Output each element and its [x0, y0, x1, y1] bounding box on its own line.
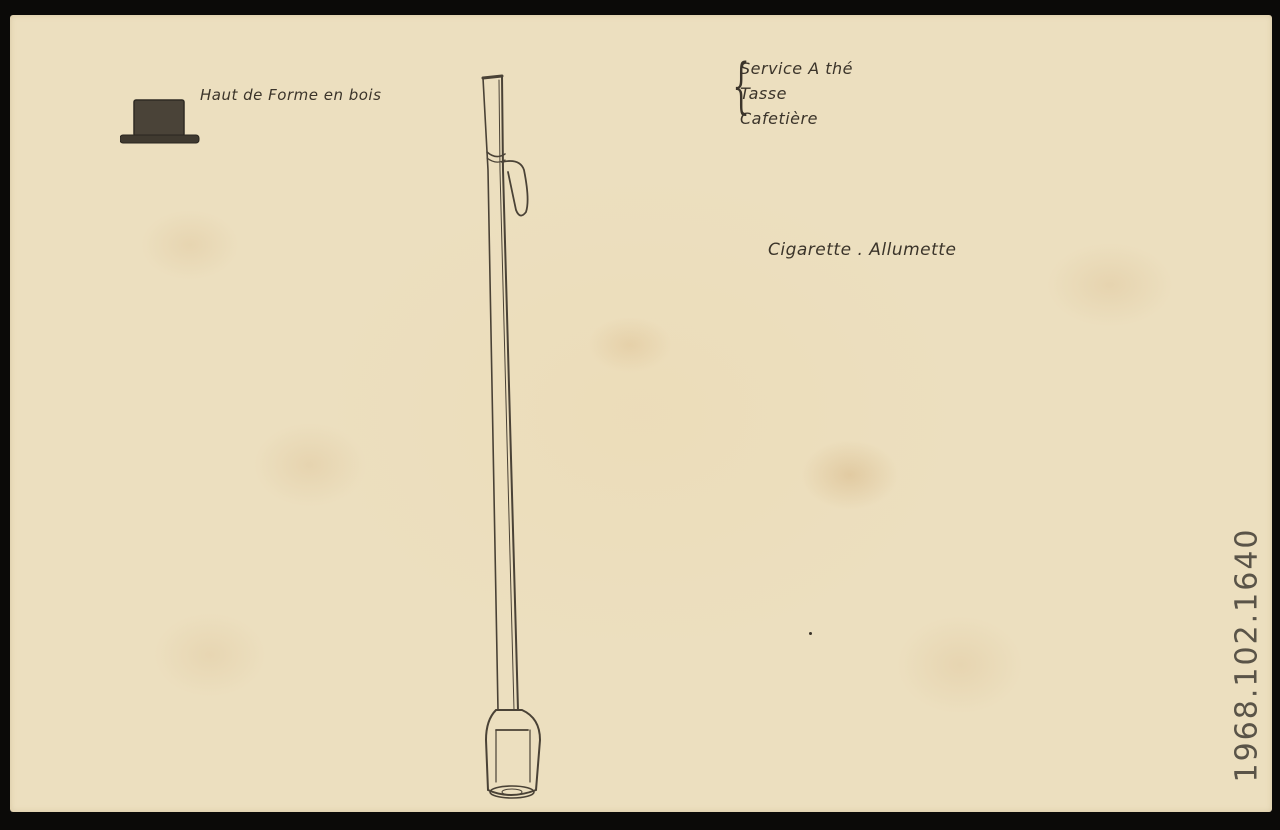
top-hat-icon [120, 99, 202, 153]
cigarette-label: Cigarette . Allumette [768, 240, 956, 260]
service-item: Service A thé [740, 56, 853, 81]
service-list: Service A thé Tasse Cafetière [740, 56, 853, 131]
accession-number: 1968.102.1640 [1230, 527, 1265, 782]
service-item: Tasse [740, 81, 853, 106]
service-item: Cafetière [740, 106, 853, 131]
hat-label: Haut de Forme en bois [200, 86, 381, 104]
cane-icon [470, 70, 550, 819]
ink-speck [809, 632, 812, 635]
